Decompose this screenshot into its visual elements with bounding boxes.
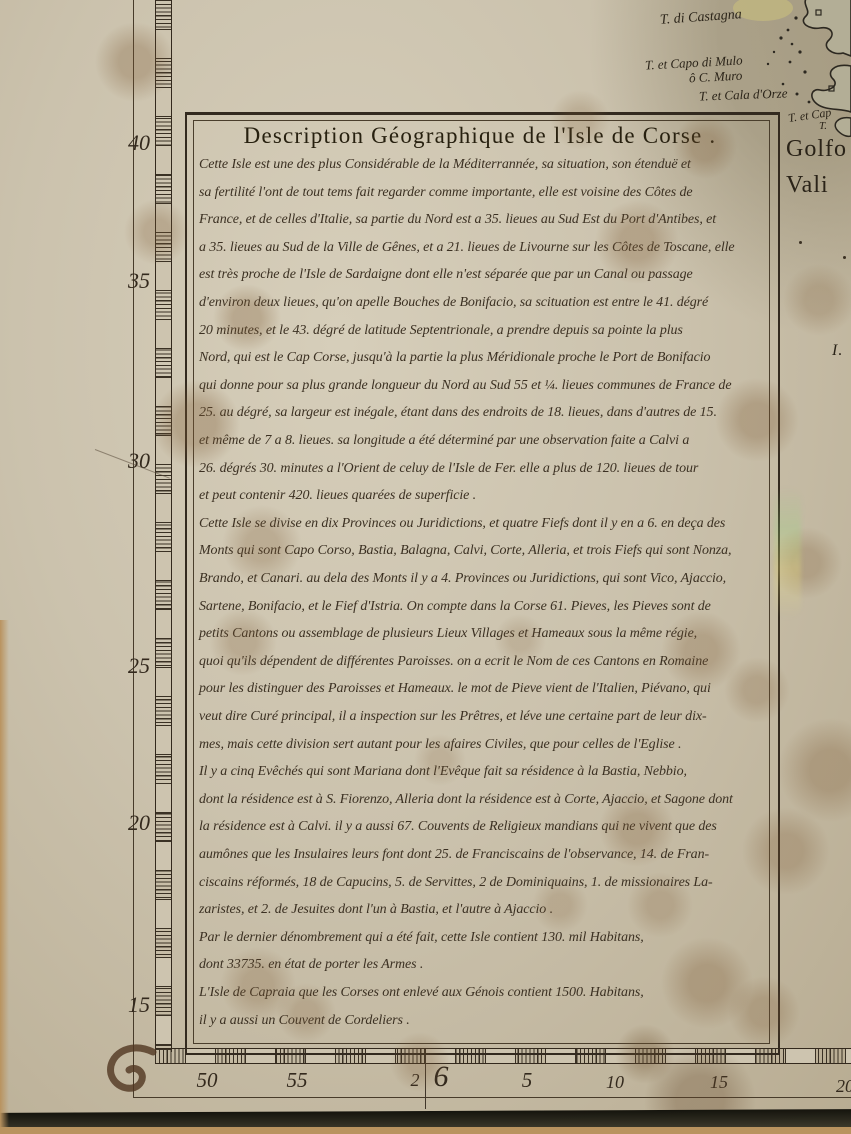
longitude-tick-55: 55 (287, 1068, 308, 1093)
description-line-21: veut dire Curé principal, il a inspectio… (199, 709, 707, 725)
margin-label: I. (832, 342, 843, 360)
description-line-3: France, et de celles d'Italie, sa partie… (199, 212, 716, 228)
description-line-6: d'environ deux lieues, qu'on apelle Bouc… (199, 295, 708, 311)
meridian-divider-line (425, 1061, 426, 1109)
latitude-tick-40: 40 (104, 130, 150, 156)
description-line-17: Sartene, Bonifacio, et le Fief d'Istria.… (199, 599, 711, 615)
margin-label: Vali (786, 172, 829, 199)
description-line-11: et même de 7 a 8. lieues. sa longitude a… (199, 433, 689, 449)
description-line-27: ciscains réformés, 18 de Capucins, 5. de… (199, 875, 713, 891)
longitude-tick-50: 50 (197, 1068, 218, 1093)
description-text-block: Cette Isle est une des plus Considérable… (199, 157, 759, 1041)
description-line-32: il y a aussi un Couvent de Cordeliers . (199, 1013, 410, 1029)
latitude-tick-35: 35 (104, 268, 150, 294)
description-line-14: Cette Isle se divise en dix Provinces ou… (199, 516, 725, 532)
description-line-22: mes, mais cette division sert autant pou… (199, 737, 681, 753)
latitude-tick-25: 25 (104, 653, 150, 679)
description-line-15: Monts qui sont Capo Corso, Bastia, Balag… (199, 543, 731, 559)
longitude-tick-15: 15 (710, 1072, 728, 1093)
longitude-tick-10: 10 (606, 1072, 624, 1093)
description-line-26: aumônes que les Insulaires leurs font do… (199, 847, 709, 863)
coast-label: T. (819, 120, 827, 132)
longitude-tick-6: 6 (434, 1060, 449, 1094)
coast-label: T. et Cala d'Orze (699, 85, 788, 104)
coastline-bottom (835, 118, 851, 137)
latitude-tick-20: 20 (104, 810, 150, 836)
cartouche-title: Description Géographique de l'Isle de Co… (197, 123, 763, 149)
description-line-13: et peut contenir 420. lieues quarées de … (199, 488, 476, 504)
antique-map-photo: Description Géographique de l'Isle de Co… (0, 0, 851, 1134)
description-line-24: dont la résidence est à S. Fiorenzo, All… (199, 792, 733, 808)
description-line-31: L'Isle de Capraia que les Corses ont enl… (199, 985, 644, 1001)
description-line-12: 26. dégrés 30. minutes a l'Orient de cel… (199, 461, 698, 477)
longitude-tick-20: 20 (836, 1076, 851, 1097)
latitude-tick-15: 15 (104, 992, 150, 1018)
coastline-lower (812, 65, 851, 112)
light-glare (774, 487, 801, 619)
description-line-7: 20 minutes, et le 43. dégré de latitude … (199, 323, 683, 339)
longitude-tick-5: 5 (522, 1068, 533, 1093)
description-line-25: la résidence est à Calvi. il y a aussi 6… (199, 819, 717, 835)
description-line-10: 25. au dégré, sa largeur est inégale, ét… (199, 405, 717, 421)
description-line-19: quoi qu'ils dépendent de différentes Par… (199, 654, 708, 670)
description-line-30: dont 33735. en état de porter les Armes … (199, 957, 423, 973)
description-line-28: zaristes, et 2. de Jesuites dont l'un à … (199, 902, 553, 918)
description-line-18: petits Cantons ou assemblage de plusieur… (199, 626, 697, 642)
description-line-29: Par le dernier dénombrement qui a été fa… (199, 930, 644, 946)
margin-label: Golfo (786, 136, 847, 163)
rock-dot (843, 256, 846, 259)
coast-label: ô C. Muro (689, 68, 743, 87)
description-line-16: Brando, et Canari. au dela des Monts il … (199, 571, 726, 587)
ink-swirl-mark (95, 1038, 167, 1110)
description-line-9: qui donne pour sa plus grande longueur d… (199, 378, 731, 394)
land-wash (733, 0, 793, 21)
description-line-2: sa fertilité l'ont de tout tems fait reg… (199, 185, 692, 201)
description-line-4: a 35. lieues au Sud de la Ville de Gênes… (199, 240, 735, 256)
description-line-5: est très proche de l'Isle de Sardaigne d… (199, 267, 693, 283)
coastline-main (803, 0, 851, 56)
longitude-tick-2: 2 (411, 1070, 420, 1091)
rock-dot (799, 241, 802, 244)
mat-board-bottom (0, 1127, 851, 1134)
left-neatline (133, 0, 134, 1098)
description-line-1: Cette Isle est une des plus Considérable… (199, 157, 691, 173)
description-line-8: Nord, qui est le Cap Corse, jusqu'à la p… (199, 350, 710, 366)
latitude-scale-bar (155, 0, 172, 1052)
mat-board-left (0, 620, 9, 1134)
description-line-20: pour les distinguer des Paroisses et Ham… (199, 681, 711, 697)
description-line-23: Il y a cinq Evêchés qui sont Mariana don… (199, 764, 687, 780)
bottom-neatline (133, 1097, 851, 1098)
